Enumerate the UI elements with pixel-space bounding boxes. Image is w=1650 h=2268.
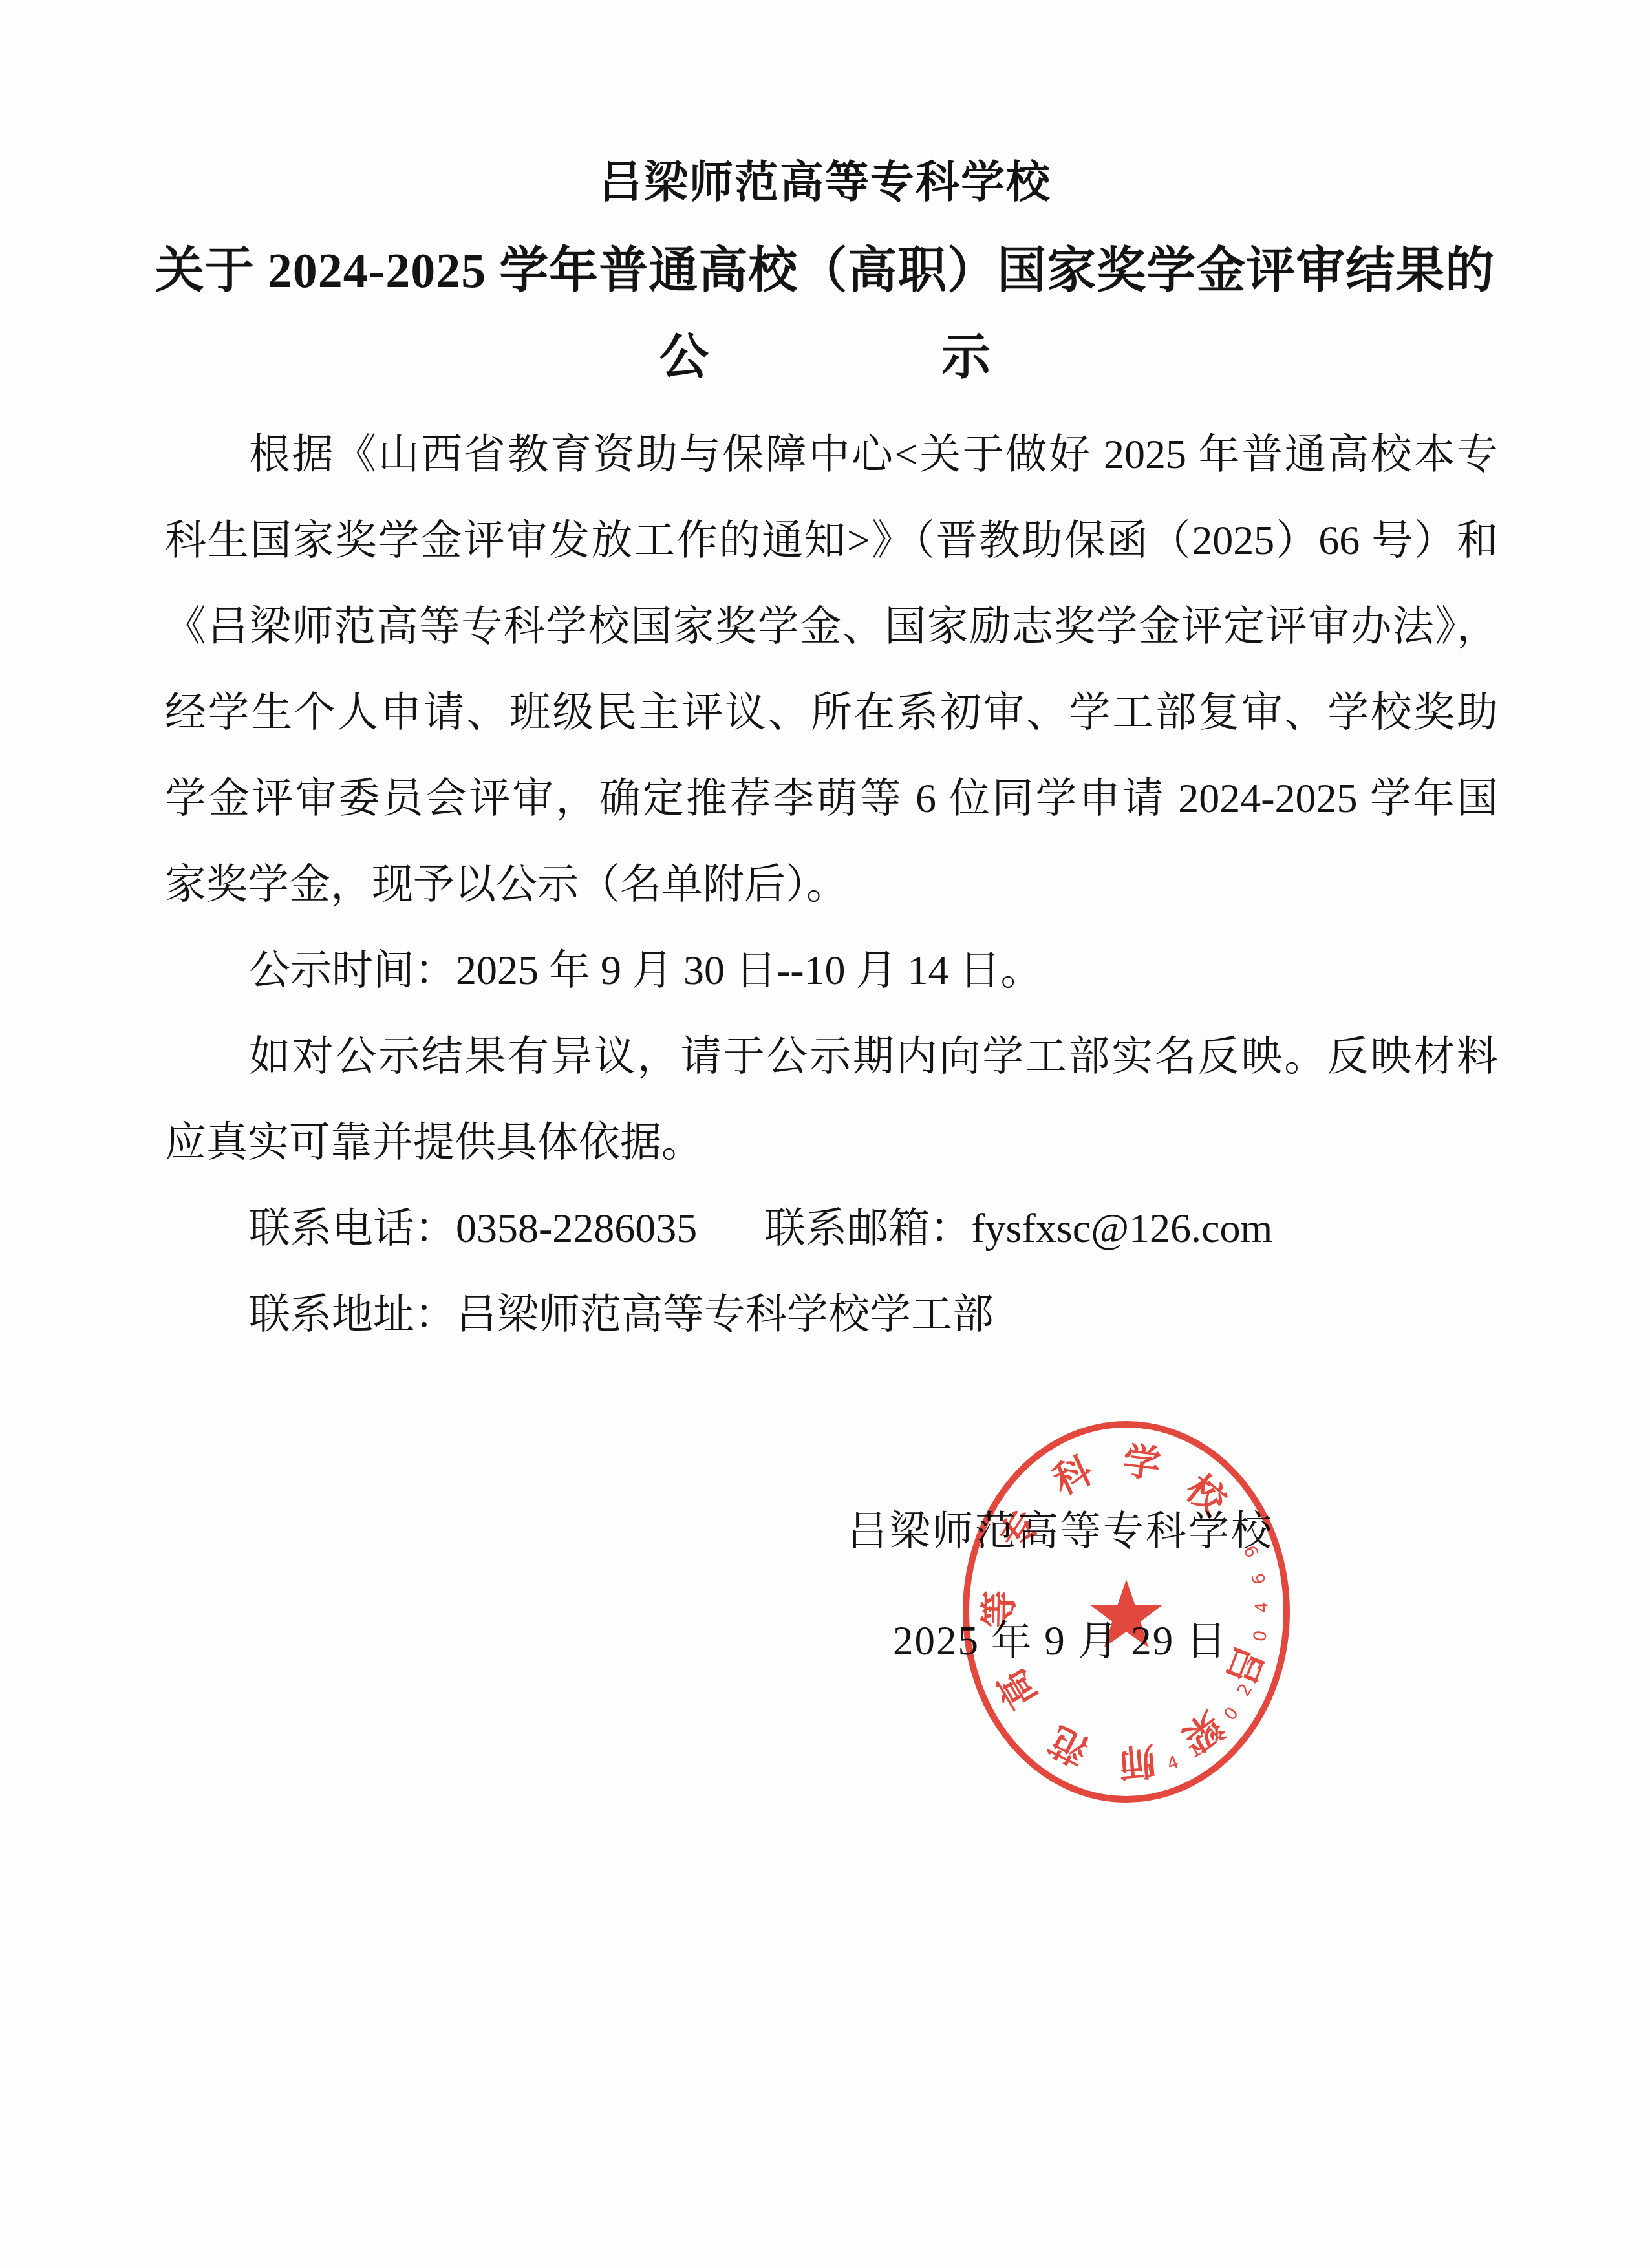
body-line: 科生国家奖学金评审发放工作的通知>》（晋教助保函（2025）66 号）和 bbox=[165, 497, 1498, 583]
contact-phone: 联系电话：0358-2286035 bbox=[249, 1205, 697, 1251]
notice-char-right: 示 bbox=[941, 327, 991, 388]
contact-address-line: 联系地址：吕梁师范高等专科学校学工部 bbox=[165, 1271, 1498, 1357]
seal-ring-char: 梁 bbox=[1174, 1704, 1230, 1760]
seal-ring-char: 科 bbox=[1047, 1449, 1098, 1503]
notice-char-left: 公 bbox=[659, 327, 709, 388]
publicity-period-line: 公示时间：2025 年 9 月 30 日--10 月 14 日。 bbox=[165, 927, 1498, 1013]
body-line: 根据《山西省教育资助与保障中心<关于做好 2025 年普通高校本专 bbox=[165, 411, 1498, 497]
signature-block: 吕梁师范高等专科学校 2025 年 9 月 29 日 bbox=[828, 1506, 1293, 1665]
seal-ring-char: 范 bbox=[1042, 1718, 1095, 1773]
body-line: 家奖学金，现予以公示（名单附后）。 bbox=[165, 841, 1498, 927]
body-line: 经学生个人申请、班级民主评议、所在系初审、学工部复审、学校奖助 bbox=[165, 669, 1498, 755]
body-line: 应真实可靠并提供具体依据。 bbox=[165, 1099, 1498, 1185]
seal-serial-digit: 2 bbox=[1234, 1680, 1256, 1700]
seal-serial-digit: 0 bbox=[1220, 1704, 1243, 1725]
document-title-notice: 公 示 bbox=[0, 327, 1650, 388]
document-body: 根据《山西省教育资助与保障中心<关于做好 2025 年普通高校本专 科生国家奖学… bbox=[165, 411, 1498, 1357]
contact-email: 联系邮箱：fysfxsc@126.com bbox=[764, 1205, 1272, 1251]
seal-serial-digit: 4 bbox=[1164, 1752, 1182, 1775]
document-title-school: 吕梁师范高等专科学校 bbox=[0, 155, 1650, 209]
signature-date: 2025 年 9 月 29 日 bbox=[828, 1616, 1293, 1665]
contact-line: 联系电话：0358-2286035联系邮箱：fysfxsc@126.com bbox=[165, 1185, 1498, 1271]
seal-serial-digit: 1 bbox=[1142, 1760, 1157, 1782]
body-line: 学金评审委员会评审，确定推荐李萌等 6 位同学申请 2024-2025 学年国 bbox=[165, 755, 1498, 841]
document-page: 吕梁师范高等专科学校 关于 2024-2025 学年普通高校（高职）国家奖学金评… bbox=[0, 0, 1650, 2268]
seal-ring-char: 学 bbox=[1120, 1440, 1163, 1486]
seal-ring-char: 高 bbox=[990, 1662, 1045, 1716]
signature-org: 吕梁师范高等专科学校 bbox=[828, 1506, 1293, 1556]
body-line: 《吕梁师范高等专科学校国家奖学金、国家励志奖学金评定评审办法》， bbox=[165, 583, 1498, 669]
document-title-subject: 关于 2024-2025 学年普通高校（高职）国家奖学金评审结果的 bbox=[0, 241, 1650, 301]
seal-serial-digit: 1 bbox=[1204, 1723, 1225, 1746]
body-line: 如对公示结果有异议，请于公示期内向学工部实名反映。反映材料 bbox=[165, 1013, 1498, 1099]
seal-ring-char: 师 bbox=[1117, 1738, 1157, 1784]
seal-serial-digit: 1 bbox=[1185, 1740, 1205, 1762]
